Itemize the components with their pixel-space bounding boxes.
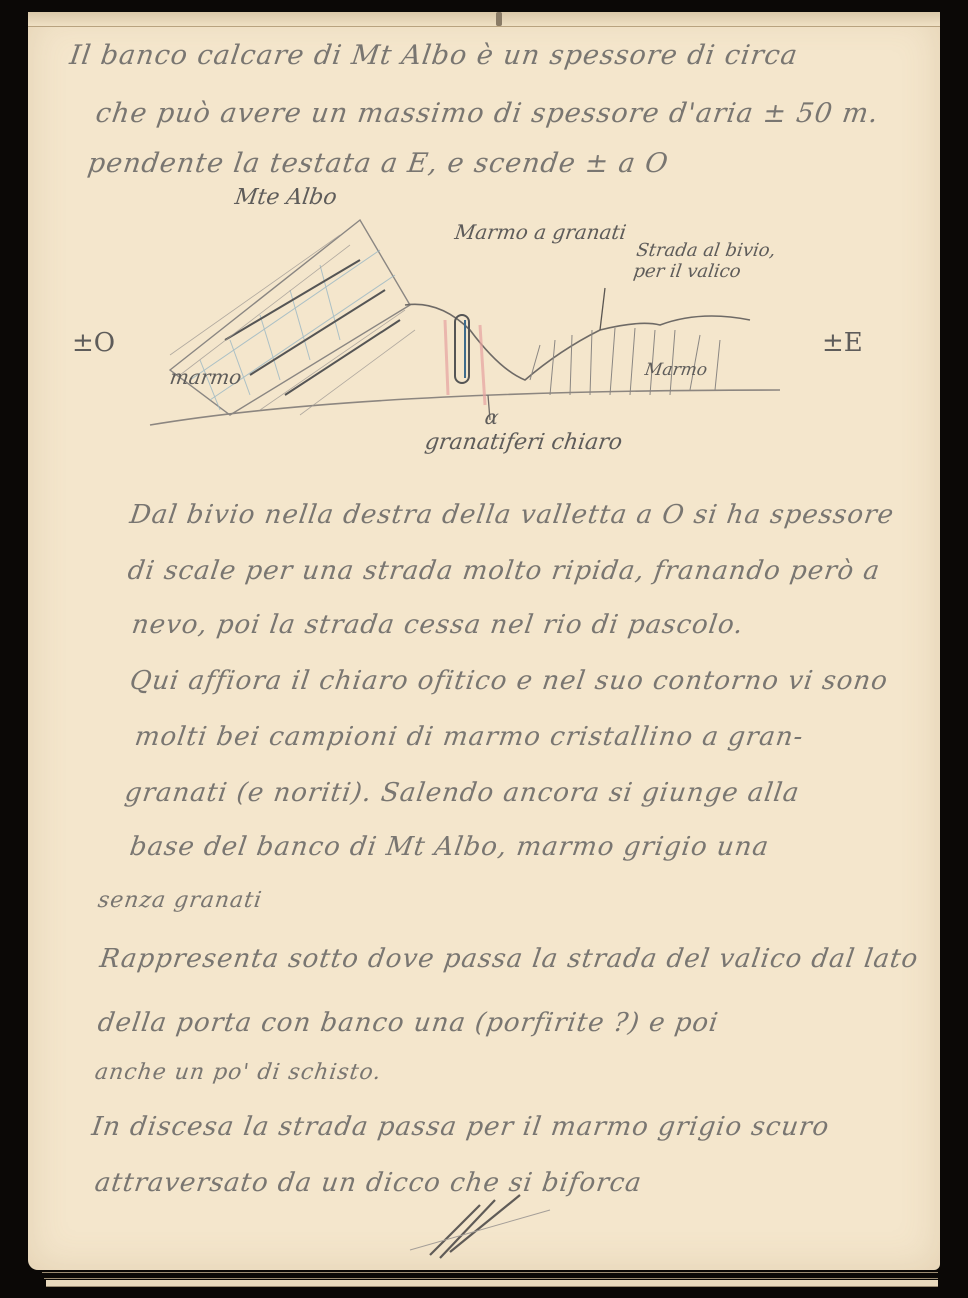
sketch-label-alpha: α (483, 405, 500, 429)
body-p2-line-5: senza granati (96, 888, 264, 913)
page-top-edge (28, 12, 940, 27)
sketch-label-marmo-right: Marmo (644, 360, 709, 380)
body-p3-line-1: Rappresenta sotto dove passa la strada d… (98, 944, 920, 974)
body-p2-line-2: molti bei campioni di marmo cristallino … (133, 722, 806, 752)
page-stack-line (46, 1280, 938, 1287)
body-p1-line-1: Dal bivio nella destra della valletta a … (128, 500, 896, 530)
header-line-1: Il banco calcare di Mt Albo è un spessor… (68, 40, 800, 71)
body-p2-line-4: base del banco di Mt Albo, marmo grigio … (128, 832, 771, 862)
header-line-2: che può avere un massimo di spessore d'a… (94, 98, 881, 129)
body-p2-line-1: Qui affiora il chiaro ofitico e nel suo … (128, 666, 890, 696)
body-p4-line-1: In discesa la strada passa per il marmo … (90, 1112, 831, 1142)
sketch-label-granatiferi: granatiferi chiaro (423, 430, 624, 455)
sketch-label-marmo-granati: Marmo a granati (453, 220, 628, 244)
sketch-label-marmo-left: marmo (168, 365, 243, 389)
body-p2-line-3: granati (e noriti). Salendo ancora si gi… (123, 778, 802, 808)
orientation-east: ±E (822, 328, 863, 358)
body-p3-line-3: anche un po' di schisto. (93, 1060, 383, 1085)
header-line-3: pendente la testata a E, e scende ± a O (86, 148, 671, 179)
orientation-west: ±O (72, 328, 115, 358)
sketch-label-mte-albo: Mte Albo (233, 185, 338, 210)
page-stack-line (42, 1268, 938, 1273)
page-stack-line (44, 1274, 938, 1279)
body-p3-line-2: della porta con banco una (porfirite ?) … (96, 1008, 721, 1038)
body-p1-line-2: di scale per una strada molto ripida, fr… (126, 556, 882, 586)
body-p1-line-3: nevo, poi la strada cessa nel rio di pas… (130, 610, 746, 640)
binding-ring (496, 12, 502, 26)
geological-sketch: Mte Albo Marmo a granati Strada al bivio… (60, 180, 920, 480)
sketch-label-strada-bivio: Strada al bivio, per il valico (632, 240, 798, 282)
pencil-scribble (400, 1190, 570, 1260)
